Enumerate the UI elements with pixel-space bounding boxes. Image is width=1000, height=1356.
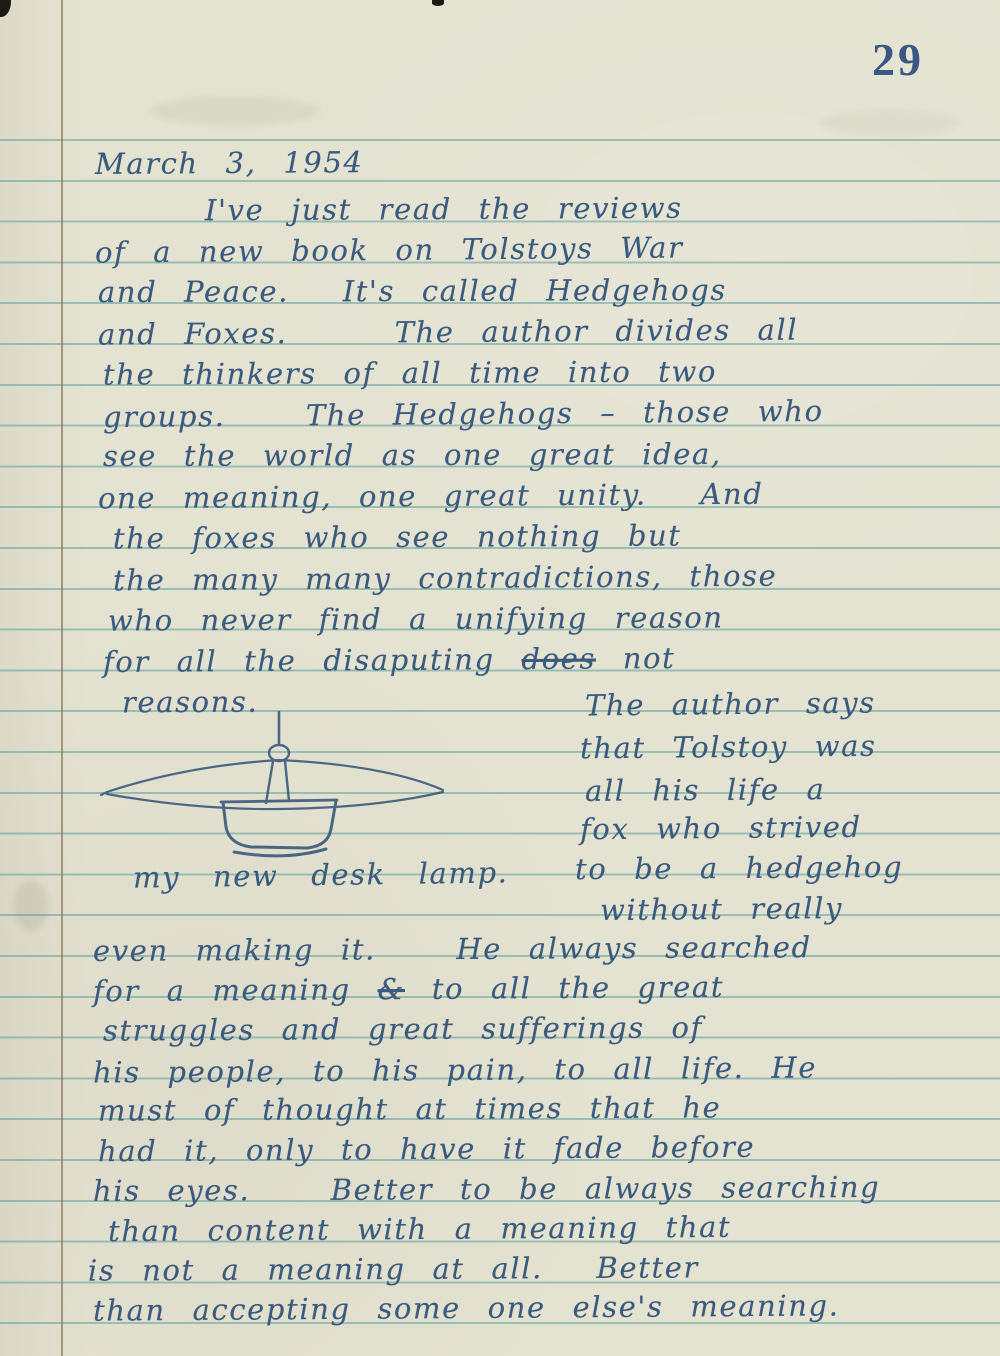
handwritten-line: see the world as one great idea, <box>103 437 722 473</box>
handwritten-line: that Tolstoy was <box>580 729 877 766</box>
handwritten-line: to be a hedgehog <box>575 850 903 886</box>
handwritten-line: without really <box>600 891 843 927</box>
handwritten-line: had it, only to have it fade before <box>98 1130 755 1169</box>
handwritten-line: fox who strived <box>580 810 862 846</box>
line-text: for all the disaputing <box>103 642 522 679</box>
handwritten-line: is not a meaning at all. Better <box>88 1250 699 1287</box>
desk-lamp-sketch-icon <box>95 710 455 865</box>
handwritten-line: of a new book on Tolstoys War <box>95 230 684 269</box>
handwritten-line: must of thought at times that he <box>98 1090 721 1127</box>
handwritten-line-corrected: for a meaning & to all the great <box>93 970 724 1008</box>
struck-out-word: does <box>521 642 596 677</box>
handwritten-line-corrected: for all the disaputing does not <box>103 641 676 679</box>
handwritten-line: than content with a meaning that <box>108 1210 731 1248</box>
handwritten-line: groups. The Hedgehogs – those who <box>103 394 824 434</box>
line-text: for a meaning <box>93 972 378 1008</box>
handwritten-line: who never find a unifying reason <box>108 600 724 637</box>
bleed-through-smudge <box>150 96 320 126</box>
lamp-caption: my new desk lamp. <box>133 855 509 894</box>
notebook-page: 29 March 3, 1954 I've just read the revi… <box>0 0 1000 1356</box>
bleed-through-smudge <box>14 880 48 932</box>
handwritten-line: his people, to his pain, to all life. He <box>93 1050 817 1089</box>
handwritten-line: the many many contradictions, those <box>113 559 778 598</box>
margin-crease-line <box>61 0 63 1356</box>
scan-edge-speck <box>0 0 11 17</box>
handwritten-line: all his life a <box>585 772 826 808</box>
struck-out-word: & <box>377 972 405 1006</box>
handwritten-line: and Foxes. The author divides all <box>98 313 798 352</box>
line-text: to all the great <box>405 970 724 1006</box>
bleed-through-smudge <box>820 110 960 136</box>
handwritten-line: even making it. He always searched <box>93 930 812 968</box>
handwritten-line: than accepting some one else's meaning. <box>93 1288 840 1327</box>
handwritten-line: his eyes. Better to be always searching <box>93 1170 880 1208</box>
page-number: 29 <box>872 33 924 86</box>
handwritten-line: struggles and great sufferings of <box>103 1010 703 1047</box>
handwritten-line: the thinkers of all time into two <box>103 354 717 391</box>
handwritten-line: and Peace. It's called Hedgehogs <box>98 273 727 309</box>
handwritten-line: I've just read the reviews <box>205 191 683 228</box>
handwritten-line: one meaning, one great unity. And <box>98 477 764 516</box>
handwritten-line: the foxes who see nothing but <box>113 519 682 556</box>
line-text: not <box>596 641 676 676</box>
handwritten-line: The author says <box>585 685 876 722</box>
scan-edge-speck <box>432 0 444 6</box>
entry-date: March 3, 1954 <box>95 145 364 181</box>
